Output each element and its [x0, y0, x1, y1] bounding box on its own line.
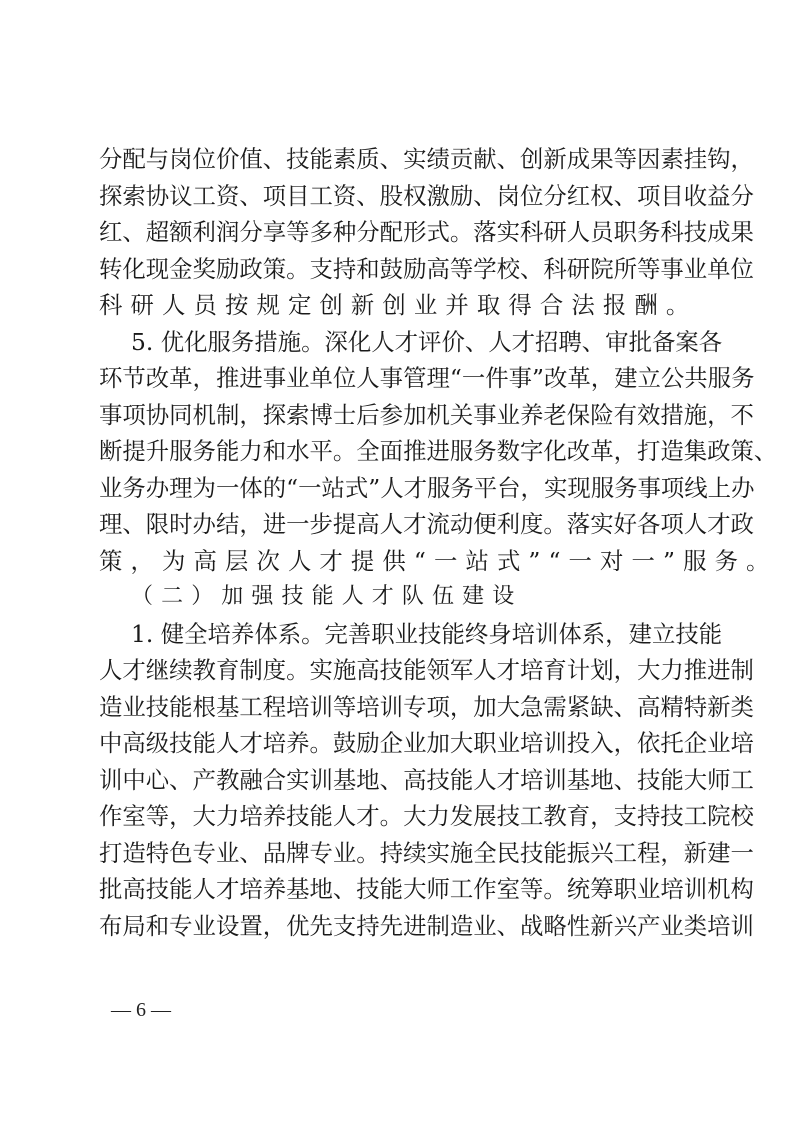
text-line: 转化现金奖励政策。支持和鼓励高等学校、科研院所等事业单位	[99, 251, 699, 288]
text-line: 断提升服务能力和水平。全面推进服务数字化改革，打造集政策、	[99, 433, 699, 470]
text-line: 作室等，大力培养技能人才。大力发展技工教育，支持技工院校	[99, 798, 699, 835]
paragraph-start-line: 5. 优化服务措施。深化人才评价、人才招聘、审批备案各	[99, 324, 699, 361]
text-line: 事项协同机制，探索博士后参加机关事业养老保险有效措施，不	[99, 397, 699, 434]
text-line: 理、限时办结，进一步提高人才流动便利度。落实好各项人才政	[99, 506, 699, 543]
section-heading: （二）加强技能人才队伍建设	[99, 579, 699, 616]
text-line: 批高技能人才培养基地、技能大师工作室等。统筹职业培训机构	[99, 871, 699, 908]
text-line: 造业技能根基工程培训等培训专项，加大急需紧缺、高精特新类	[99, 689, 699, 726]
page-number: — 6 —	[111, 998, 171, 1022]
text-line: 中高级技能人才培养。鼓励企业加大职业培训投入，依托企业培	[99, 725, 699, 762]
text-line: 红、超额利润分享等多种分配形式。落实科研人员职务科技成果	[99, 214, 699, 251]
text-line: 打造特色专业、品牌专业。持续实施全民技能振兴工程，新建一	[99, 835, 699, 872]
text-line: 分配与岗位价值、技能素质、实绩贡献、创新成果等因素挂钩，	[99, 141, 699, 178]
text-line: 训中心、产教融合实训基地、高技能人才培训基地、技能大师工	[99, 762, 699, 799]
text-line: 业务办理为一体的“一站式”人才服务平台，实现服务事项线上办	[99, 470, 699, 507]
text-line: 环节改革，推进事业单位人事管理“一件事”改革，建立公共服务	[99, 360, 699, 397]
text-line: 人才继续教育制度。实施高技能领军人才培育计划，大力推进制	[99, 652, 699, 689]
text-line: 科研人员按规定创新创业并取得合法报酬。	[99, 287, 699, 324]
paragraph-start-line: 1. 健全培养体系。完善职业技能终身培训体系，建立技能	[99, 616, 699, 653]
text-line: 策，为高层次人才提供“一站式”“一对一”服务。	[99, 543, 699, 580]
text-line: 布局和专业设置，优先支持先进制造业、战略性新兴产业类培训	[99, 908, 699, 945]
text-line: 探索协议工资、项目工资、股权激励、岗位分红权、项目收益分	[99, 178, 699, 215]
document-body: 分配与岗位价值、技能素质、实绩贡献、创新成果等因素挂钩， 探索协议工资、项目工资…	[99, 141, 699, 944]
